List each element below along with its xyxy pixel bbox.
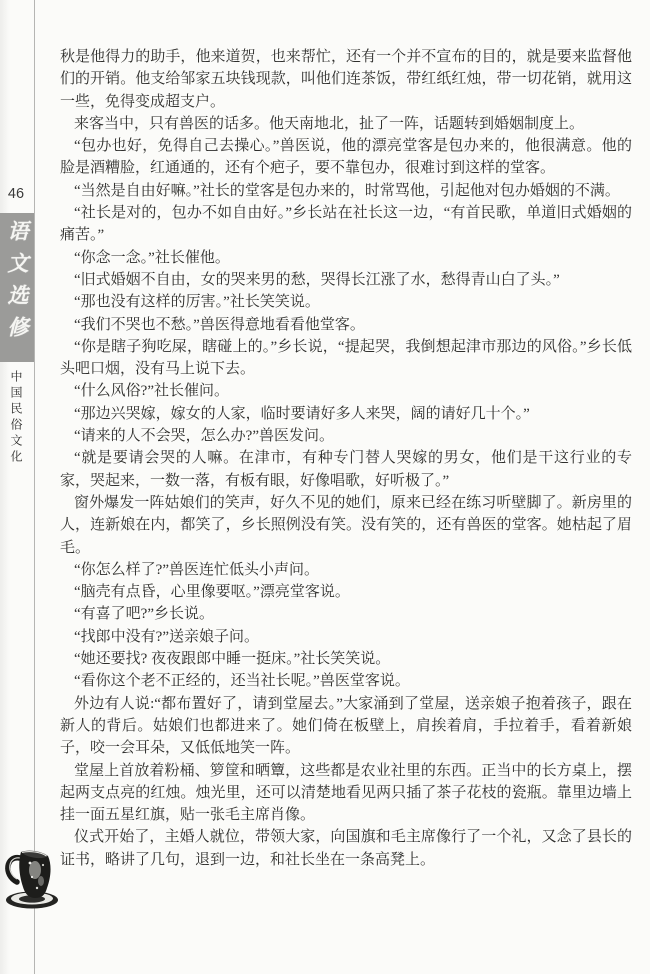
paragraph: 来客当中，只有兽医的话多。他天南地北，扯了一阵，话题转到婚姻制度上。 <box>60 113 632 135</box>
book-page: 46 语文选修 中国民俗文化 秋是他得力的助手，他来道贺，也来帮忙，还有一个并不… <box>0 0 650 974</box>
paragraph: “包办也好，免得自己去操心。”兽医说，他的漂亮堂客是包办来的，他很满意。他的脸是… <box>60 135 632 180</box>
paragraph: “你是瞎子狗吃屎，瞎碰上的。”乡长说，“提起哭，我倒想起津市那边的风俗。”乡长低… <box>60 336 632 381</box>
series-subtitle-vertical: 中国民俗文化 <box>8 370 25 466</box>
paragraph: “就是要请会哭的人嘛。在津市，有种专门替人哭嫁的男女，他们是干这行业的专家，哭起… <box>60 447 632 492</box>
paragraph: “那边兴哭嫁，嫁女的人家，临时要请好多人来哭，阔的请好几十个。” <box>60 403 632 425</box>
series-banner: 语文选修 <box>0 213 34 362</box>
jug-illustration-icon <box>2 843 60 913</box>
series-title-vertical: 语文选修 <box>2 220 32 362</box>
paragraph: 仪式开始了，主婚人就位，带领大家，向国旗和毛主席像行了一个礼，又念了县长的证书，… <box>60 826 632 871</box>
paragraph: “我们不哭也不愁。”兽医得意地看看他堂客。 <box>60 314 632 336</box>
margin-rule <box>34 0 35 974</box>
paragraph: “脑壳有点昏，心里像要呕。”漂亮堂客说。 <box>60 581 632 603</box>
page-gutter-shade <box>0 0 10 974</box>
paragraph: “旧式婚姻不自由，女的哭来男的愁，哭得长江涨了水，愁得青山白了头。” <box>60 269 632 291</box>
paragraph: “社长是对的，包办不如自由好。”乡长站在社长这一边，“有首民歌，单道旧式婚姻的痛… <box>60 202 632 247</box>
paragraph: “有喜了吧?”乡长说。 <box>60 603 632 625</box>
paragraph: “她还要找? 夜夜跟郎中睡一挺床。”社长笑笑说。 <box>60 648 632 670</box>
paragraph: 窗外爆发一阵姑娘们的笑声，好久不见的她们，原来已经在练习听壁脚了。新房里的人，连… <box>60 492 632 559</box>
paragraph: “请来的人不会哭，怎么办?”兽医发问。 <box>60 425 632 447</box>
paragraph: “你念一念。”社长催他。 <box>60 247 632 269</box>
paragraph: “你怎么样了?”兽医连忙低头小声问。 <box>60 559 632 581</box>
paragraph: “找郎中没有?”送亲娘子问。 <box>60 626 632 648</box>
paragraph: 秋是他得力的助手，他来道贺，也来帮忙，还有一个并不宣布的目的，就是要来监督他们的… <box>60 46 632 113</box>
paragraph: 外边有人说:“都布置好了，请到堂屋去。”大家涌到了堂屋，送亲娘子抱着孩子，跟在新… <box>60 693 632 760</box>
paragraph: 堂屋上首放着粉桶、箩筐和晒簟，这些都是农业社里的东西。正当中的长方桌上，摆起两支… <box>60 760 632 827</box>
page-number: 46 <box>0 186 32 202</box>
paragraph: “那也没有这样的厉害。”社长笑笑说。 <box>60 291 632 313</box>
body-text: 秋是他得力的助手，他来道贺，也来帮忙，还有一个并不宣布的目的，就是要来监督他们的… <box>60 46 632 871</box>
paragraph: “看你这个老不正经的，还当社长呢。”兽医堂客说。 <box>60 670 632 692</box>
paragraph: “当然是自由好嘛。”社长的堂客是包办来的，时常骂他，引起他对包办婚姻的不满。 <box>60 180 632 202</box>
paragraph: “什么风俗?”社长催问。 <box>60 380 632 402</box>
